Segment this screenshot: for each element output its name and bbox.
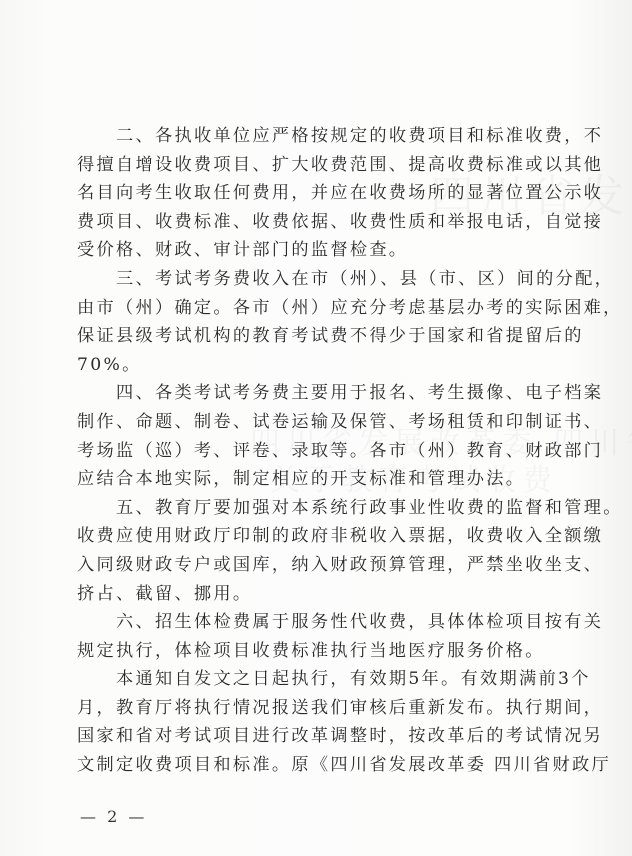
text-line: 受价格、财政、审计部门的监督检查。: [77, 236, 551, 265]
text-line: 制作、命题、制卷、试卷运输及保管、考场租赁和印制证书、: [77, 408, 551, 437]
text-line: 应结合本地实际，制定相应的开支标准和管理办法。: [77, 465, 551, 494]
text-line: 70%。: [77, 351, 551, 380]
text-line: 文制定收费项目和标准。原《四川省发展改革委 四川省财政厅: [77, 751, 551, 780]
document-page: 四川省发 四川省发展改革委 四川省 关于教育考试收费 二、各执收单位应严格按规定…: [0, 0, 632, 856]
text-line: 收费应使用财政厅印制的政府非税收入票据，收费收入全额缴: [77, 522, 551, 551]
text-line: 六、招生体检费属于服务性代收费，具体体检项目按有关: [77, 608, 551, 637]
text-line: 入同级财政专户或国库，纳入财政预算管理，严禁坐收坐支、: [77, 551, 551, 580]
text-line: 保证县级考试机构的教育考试费不得少于国家和省提留后的: [77, 322, 551, 351]
document-body: 二、各执收单位应严格按规定的收费项目和标准收费，不 得擅自增设收费项目、扩大收费…: [77, 122, 551, 780]
text-line: 规定执行，体检项目收费标准执行当地医疗服务价格。: [77, 637, 551, 666]
paragraph-item-4: 四、各类考试考务费主要用于报名、考生摄像、电子档案 制作、命题、制卷、试卷运输及…: [77, 379, 551, 493]
text-line: 由市（州）确定。各市（州）应充分考虑基层办考的实际困难，: [77, 294, 551, 323]
paragraph-item-2: 二、各执收单位应严格按规定的收费项目和标准收费，不 得擅自增设收费项目、扩大收费…: [77, 122, 551, 265]
paragraph-item-5: 五、教育厅要加强对本系统行政事业性收费的监督和管理。 收费应使用财政厅印制的政府…: [77, 494, 551, 608]
text-line: 考场监（巡）考、评卷、录取等。各市（州）教育、财政部门: [77, 437, 551, 466]
text-line: 本通知自发文之日起执行，有效期5年。有效期满前3个: [77, 665, 551, 694]
text-line: 挤占、截留、挪用。: [77, 580, 551, 609]
paragraph-effective-notice: 本通知自发文之日起执行，有效期5年。有效期满前3个 月，教育厅将执行情况报送我们…: [77, 665, 551, 779]
text-line: 二、各执收单位应严格按规定的收费项目和标准收费，不: [77, 122, 551, 151]
text-line: 得擅自增设收费项目、扩大收费范围、提高收费标准或以其他: [77, 151, 551, 180]
paragraph-item-6: 六、招生体检费属于服务性代收费，具体体检项目按有关 规定执行，体检项目收费标准执…: [77, 608, 551, 665]
text-line: 五、教育厅要加强对本系统行政事业性收费的监督和管理。: [77, 494, 551, 523]
text-line: 月，教育厅将执行情况报送我们审核后重新发布。执行期间，: [77, 694, 551, 723]
text-line: 国家和省对考试项目进行改革调整时，按改革后的考试情况另: [77, 722, 551, 751]
paragraph-item-3: 三、考试考务费收入在市（州）、县（市、区）间的分配， 由市（州）确定。各市（州）…: [77, 265, 551, 379]
text-line: 三、考试考务费收入在市（州）、县（市、区）间的分配，: [77, 265, 551, 294]
text-line: 名目向考生收取任何费用，并应在收费场所的显著位置公示收: [77, 179, 551, 208]
text-line: 费项目、收费标准、收费依据、收费性质和举报电话，自觉接: [77, 208, 551, 237]
page-number: — 2 —: [80, 807, 147, 826]
text-line: 四、各类考试考务费主要用于报名、考生摄像、电子档案: [77, 379, 551, 408]
